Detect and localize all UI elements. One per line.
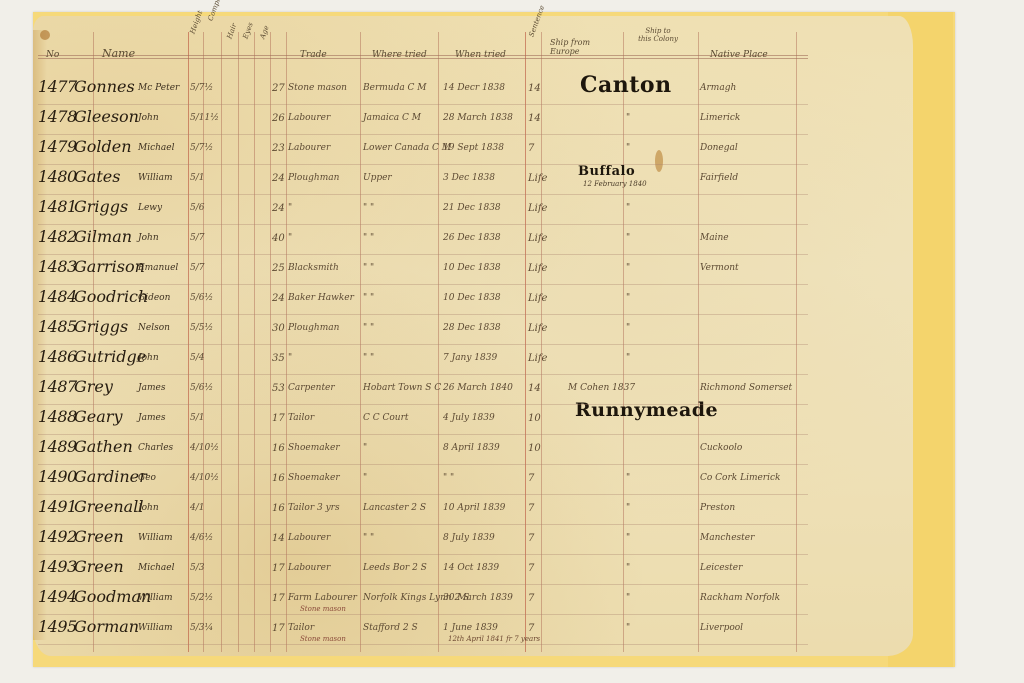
sentence: Life	[528, 293, 547, 304]
given-name: William	[138, 533, 173, 543]
when-tried: 26 March 1840	[443, 383, 513, 393]
height: 5/6	[190, 203, 204, 213]
header-age: Age	[258, 24, 270, 40]
given-name: William	[138, 173, 173, 183]
age: 30	[272, 323, 285, 334]
surname: Gates	[74, 167, 120, 186]
where-tried: " "	[363, 263, 374, 273]
native-place: Leicester	[700, 563, 742, 573]
table-row: 1478 Gleeson John 5/11½ 26 Labourer Jama…	[38, 105, 808, 135]
given-name: Michael	[138, 563, 175, 573]
header-when-tried: When tried	[455, 50, 506, 60]
height: 5/2½	[190, 593, 213, 603]
sentence: Life	[528, 353, 547, 364]
sentence: Life	[528, 173, 547, 184]
register-number: 1481	[38, 197, 77, 216]
header-sentence: Sentence	[527, 4, 546, 38]
where-tried: Lancaster 2 S	[363, 503, 426, 513]
height: 5/7½	[190, 83, 213, 93]
where-tried: " "	[363, 233, 374, 243]
ship-to-colony: "	[626, 113, 630, 123]
trade: Tailor	[288, 413, 314, 423]
when-tried: 4 July 1839	[443, 413, 495, 423]
register-number: 1478	[38, 107, 77, 126]
sentence: 7	[528, 473, 534, 484]
age: 17	[272, 563, 285, 574]
given-name: Michael	[138, 143, 175, 153]
sentence: 7	[528, 143, 534, 154]
ship-to-colony: "	[626, 233, 630, 243]
age: 24	[272, 173, 285, 184]
when-tried: 7 Jany 1839	[443, 353, 497, 363]
header-native-place: Native Place	[710, 50, 768, 60]
age: 27	[272, 83, 285, 94]
height: 5/7	[190, 263, 204, 273]
row-rule	[38, 644, 808, 645]
age: 25	[272, 263, 285, 274]
sentence: Life	[528, 233, 547, 244]
table-row: 1493 Green Michael 5/3 17 Labourer Leeds…	[38, 555, 808, 585]
table-row: 1491 Greenall John 4/1 16 Tailor 3 yrs L…	[38, 495, 808, 525]
native-place: Maine	[700, 233, 729, 243]
sentence: 7	[528, 593, 534, 604]
age: 17	[272, 623, 285, 634]
age: 14	[272, 533, 285, 544]
when-tried-note: 12th April 1841 fr 7 years	[448, 635, 540, 643]
register-number: 1483	[38, 257, 77, 276]
where-tried: Stafford 2 S	[363, 623, 418, 633]
when-tried: 3 Dec 1838	[443, 173, 495, 183]
sentence: 7	[528, 623, 534, 634]
where-tried: Leeds Bor 2 S	[363, 563, 427, 573]
given-name: John	[138, 353, 159, 363]
table-row: 1484 Goodrich Gideon 5/6½ 24 Baker Hawke…	[38, 285, 808, 315]
register-number: 1484	[38, 287, 77, 306]
sentence: 14	[528, 83, 541, 94]
trade: Tailor 3 yrs	[288, 503, 340, 513]
table-row: 1483 Garrison Emanuel 5/7 25 Blacksmith …	[38, 255, 808, 285]
when-tried: 14 Decr 1838	[443, 83, 505, 93]
trade: Labourer	[288, 533, 330, 543]
trade: Tailor	[288, 623, 314, 633]
where-tried: " "	[363, 533, 374, 543]
register-number: 1490	[38, 467, 77, 486]
when-tried: 10 April 1839	[443, 503, 505, 513]
age: 17	[272, 413, 285, 424]
age: 24	[272, 203, 285, 214]
when-tried: 28 March 1838	[443, 113, 513, 123]
sentence: 14	[528, 383, 541, 394]
where-tried: " "	[363, 203, 374, 213]
age: 53	[272, 383, 285, 394]
given-name: Nelson	[138, 323, 170, 333]
ship-to-colony: "	[626, 533, 630, 543]
native-place: Fairfield	[700, 173, 738, 183]
surname: Gonnes	[74, 77, 135, 96]
height: 5/1	[190, 413, 204, 423]
header-no: No	[46, 50, 59, 60]
trade: "	[288, 353, 292, 363]
trade: Shoemaker	[288, 443, 340, 453]
where-tried: Hobart Town S C	[363, 383, 441, 393]
surname: Gutridge	[74, 347, 146, 366]
register-number: 1494	[38, 587, 77, 606]
trade: Labourer	[288, 143, 330, 153]
ledger-table: No Name Height Complexion Hair Eyes Age …	[38, 22, 808, 652]
header-where-tried: Where tried	[372, 50, 427, 60]
header-trade: Trade	[300, 50, 327, 60]
when-tried: 10 Dec 1838	[443, 293, 501, 303]
trade-note: Stone mason	[300, 635, 346, 643]
height: 5/3¼	[190, 623, 213, 633]
trade: Shoemaker	[288, 473, 340, 483]
sentence: 14	[528, 113, 541, 124]
register-number: 1493	[38, 557, 77, 576]
surname: Green	[74, 557, 124, 576]
table-row: 1479 Golden Michael 5/7½ 23 Labourer Low…	[38, 135, 808, 165]
where-tried: C C Court	[363, 413, 409, 423]
ship-to-colony: "	[626, 563, 630, 573]
age: 16	[272, 473, 285, 484]
height: 4/10½	[190, 443, 219, 453]
age: 16	[272, 503, 285, 514]
given-name: John	[138, 113, 159, 123]
table-row: 1487 Grey James 5/6½ 53 Carpenter Hobart…	[38, 375, 808, 405]
header-ship-from-europe: Ship from Europe	[550, 38, 620, 56]
native-place: Rackham Norfolk	[700, 593, 780, 603]
height: 5/7½	[190, 143, 213, 153]
register-number: 1486	[38, 347, 77, 366]
trade: Baker Hawker	[288, 293, 354, 303]
given-name: Charles	[138, 443, 173, 453]
height: 5/6½	[190, 293, 213, 303]
surname: Geary	[74, 407, 122, 426]
when-tried: 14 Oct 1839	[443, 563, 499, 573]
table-row: 1482 Gilman John 5/7 40 " " " 26 Dec 183…	[38, 225, 808, 255]
header-name: Name	[102, 47, 135, 60]
surname: Griggs	[74, 317, 128, 336]
register-number: 1479	[38, 137, 77, 156]
table-row: 1481 Griggs Lewy 5/6 24 " " " 21 Dec 183…	[38, 195, 808, 225]
header-hair: Hair	[225, 22, 238, 40]
table-row: 1494 Goodman William 5/2½ 17 Farm Labour…	[38, 585, 808, 615]
surname: Greenall	[74, 497, 143, 516]
register-number: 1487	[38, 377, 77, 396]
native-place: Liverpool	[700, 623, 743, 633]
header-ship-to-colony: Ship to this Colony	[638, 27, 678, 43]
trade: Labourer	[288, 563, 330, 573]
when-tried: 28 Dec 1838	[443, 323, 501, 333]
native-place: Vermont	[700, 263, 739, 273]
age: 17	[272, 593, 285, 604]
where-tried: " "	[363, 323, 374, 333]
where-tried: Upper	[363, 173, 392, 183]
native-place: Preston	[700, 503, 735, 513]
age: 23	[272, 143, 285, 154]
sentence: 10	[528, 443, 541, 454]
height: 4/6½	[190, 533, 213, 543]
table-row: 1486 Gutridge John 5/4 35 " " " 7 Jany 1…	[38, 345, 808, 375]
surname: Green	[74, 527, 124, 546]
height: 5/5½	[190, 323, 213, 333]
ship-to-colony: "	[626, 323, 630, 333]
given-name: Emanuel	[138, 263, 178, 273]
sentence: 7	[528, 563, 534, 574]
where-tried: Bermuda C M	[363, 83, 427, 93]
ship-to-colony: "	[626, 263, 630, 273]
surname: Golden	[74, 137, 132, 156]
native-place: Co Cork Limerick	[700, 473, 780, 483]
when-tried: 8 July 1839	[443, 533, 495, 543]
given-name: James	[138, 413, 165, 423]
trade: Labourer	[288, 113, 330, 123]
trade: Farm Labourer	[288, 593, 357, 603]
ship-to-colony: "	[626, 503, 630, 513]
ship-to-colony: "	[626, 143, 630, 153]
age: 40	[272, 233, 285, 244]
surname: Griggs	[74, 197, 128, 216]
sentence: 7	[528, 503, 534, 514]
ship-to-colony: "	[626, 293, 630, 303]
sentence: Life	[528, 323, 547, 334]
trade-note: Stone mason	[300, 605, 346, 613]
sentence: 7	[528, 533, 534, 544]
sentence: 10	[528, 413, 541, 424]
ship-to-colony: "	[626, 203, 630, 213]
ship-from-europe: M Cohen 1837	[568, 383, 635, 393]
header-eyes: Eyes	[241, 21, 254, 40]
height: 5/4	[190, 353, 204, 363]
surname: Gathen	[74, 437, 133, 456]
trade: "	[288, 233, 292, 243]
height: 5/1	[190, 173, 204, 183]
register-number: 1492	[38, 527, 77, 546]
where-tried: "	[363, 443, 367, 453]
height: 5/6½	[190, 383, 213, 393]
age: 35	[272, 353, 285, 364]
where-tried: "	[363, 473, 367, 483]
given-name: Mc Peter	[138, 83, 179, 93]
surname: Gilman	[74, 227, 132, 246]
where-tried: " "	[363, 353, 374, 363]
age: 16	[272, 443, 285, 454]
native-place: Cuckoolo	[700, 443, 742, 453]
given-name: Geo	[138, 473, 156, 483]
ship-to-colony: "	[626, 593, 630, 603]
age: 24	[272, 293, 285, 304]
trade: "	[288, 203, 292, 213]
table-row: 1477 Gonnes Mc Peter 5/7½ 27 Stone mason…	[38, 75, 808, 105]
register-number: 1477	[38, 77, 77, 96]
native-place: Armagh	[700, 83, 736, 93]
surname: Grey	[74, 377, 113, 396]
when-tried: 21 Dec 1838	[443, 203, 501, 213]
register-number: 1489	[38, 437, 77, 456]
native-place: Limerick	[700, 113, 740, 123]
table-row: 1489 Gathen Charles 4/10½ 16 Shoemaker "…	[38, 435, 808, 465]
age: 26	[272, 113, 285, 124]
register-number: 1485	[38, 317, 77, 336]
trade: Carpenter	[288, 383, 335, 393]
given-name: William	[138, 623, 173, 633]
given-name: Lewy	[138, 203, 162, 213]
surname: Garrison	[74, 257, 145, 276]
native-place: Manchester	[700, 533, 754, 543]
given-name: John	[138, 503, 159, 513]
surname: Gardiner	[74, 467, 147, 486]
given-name: James	[138, 383, 165, 393]
given-name: Gideon	[138, 293, 170, 303]
register-number: 1488	[38, 407, 77, 426]
register-number: 1495	[38, 617, 77, 636]
table-row: 1490 Gardiner Geo 4/10½ 16 Shoemaker " "…	[38, 465, 808, 495]
trade: Ploughman	[288, 323, 339, 333]
height: 5/11½	[190, 113, 219, 123]
height: 5/7	[190, 233, 204, 243]
given-name: William	[138, 593, 173, 603]
when-tried: 19 Sept 1838	[443, 143, 504, 153]
ship-to-colony: "	[626, 623, 630, 633]
sentence: Life	[528, 263, 547, 274]
table-row: 1485 Griggs Nelson 5/5½ 30 Ploughman " "…	[38, 315, 808, 345]
height: 4/10½	[190, 473, 219, 483]
table-row: 1495 Gorman William 5/3¼ 17 Tailor Stone…	[38, 615, 808, 645]
register-number: 1482	[38, 227, 77, 246]
register-number: 1480	[38, 167, 77, 186]
sentence: Life	[528, 203, 547, 214]
where-tried: Jamaica C M	[363, 113, 421, 123]
where-tried: " "	[363, 293, 374, 303]
table-row: 1492 Green William 4/6½ 14 Labourer " " …	[38, 525, 808, 555]
given-name: John	[138, 233, 159, 243]
height: 4/1	[190, 503, 204, 513]
when-tried: 8 April 1839	[443, 443, 500, 453]
table-row: 1488 Geary James 5/1 17 Tailor C C Court…	[38, 405, 808, 435]
trade: Blacksmith	[288, 263, 339, 273]
surname: Gorman	[74, 617, 139, 636]
when-tried: 30 March 1839	[443, 593, 513, 603]
trade: Ploughman	[288, 173, 339, 183]
surname: Gleeson	[74, 107, 139, 126]
when-tried: " "	[443, 473, 454, 483]
ship-to-colony: "	[626, 473, 630, 483]
when-tried: 10 Dec 1838	[443, 263, 501, 273]
native-place: Richmond Somerset	[700, 383, 792, 393]
ship-to-colony: "	[626, 353, 630, 363]
trade: Stone mason	[288, 83, 347, 93]
where-tried: Lower Canada C M	[363, 143, 451, 153]
height: 5/3	[190, 563, 204, 573]
when-tried: 1 June 1839	[443, 623, 498, 633]
table-row: 1480 Gates William 5/1 24 Ploughman Uppe…	[38, 165, 808, 195]
when-tried: 26 Dec 1838	[443, 233, 501, 243]
register-number: 1491	[38, 497, 77, 516]
native-place: Donegal	[700, 143, 738, 153]
